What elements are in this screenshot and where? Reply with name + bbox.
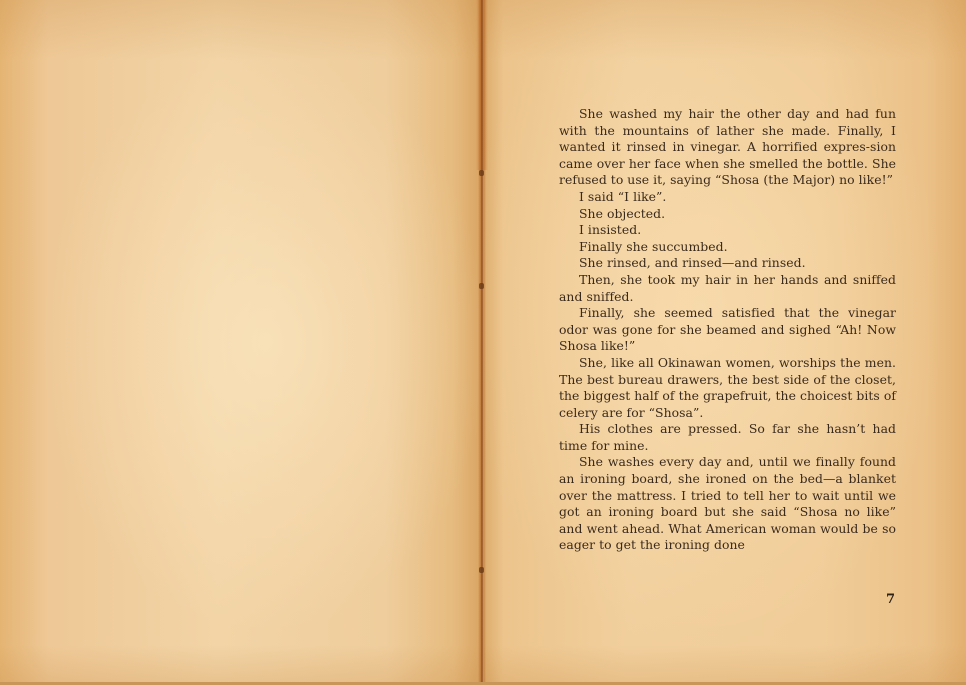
binding-stitch xyxy=(479,283,484,289)
binding-stitch xyxy=(479,567,484,573)
paragraph: Then, she took my hair in her hands and … xyxy=(559,272,896,305)
paragraph: She washed my hair the other day and had… xyxy=(559,106,896,189)
page-shading xyxy=(0,645,482,685)
paragraph: His clothes are pressed. So far she hasn… xyxy=(559,421,896,454)
book-spine xyxy=(478,0,486,685)
body-text: She washed my hair the other day and had… xyxy=(559,106,896,554)
paragraph: She washes every day and, until we final… xyxy=(559,454,896,554)
paragraph: She objected. xyxy=(559,206,896,223)
page-number: 7 xyxy=(886,592,895,607)
paragraph: I insisted. xyxy=(559,222,896,239)
left-page xyxy=(0,0,482,685)
paragraph: Finally, she seemed satisfied that the v… xyxy=(559,305,896,355)
binding-stitch xyxy=(479,170,484,176)
paragraph: She, like all Okinawan women, worships t… xyxy=(559,355,896,421)
paragraph: Finally she succumbed. xyxy=(559,239,896,256)
page-shading xyxy=(484,0,966,60)
book-spread: She washed my hair the other day and had… xyxy=(0,0,966,685)
paragraph: I said “I like”. xyxy=(559,189,896,206)
page-shading xyxy=(484,645,966,685)
paragraph: She rinsed, and rinsed—and rinsed. xyxy=(559,255,896,272)
page-shading xyxy=(0,0,482,60)
